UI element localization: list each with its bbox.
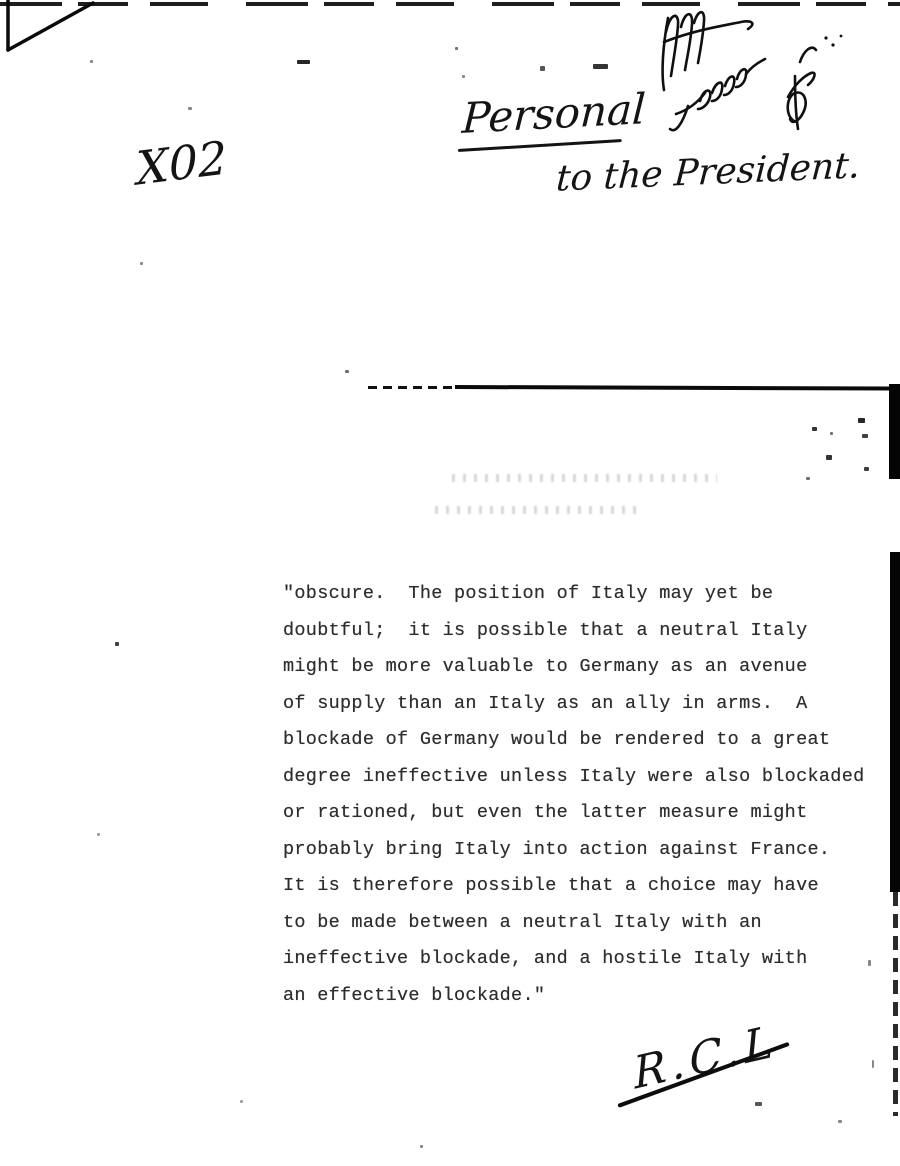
document-page: X02 Personal to the President. "obscure.… [0,0,900,1166]
noise-speck [115,642,119,646]
noise-speck [826,455,832,460]
corner-fold-mark [8,0,93,50]
noise-speck [593,64,608,69]
noise-speck [806,477,810,480]
noise-speck [462,75,465,78]
noise-speck [420,1145,423,1148]
doc-number-handwritten: X02 [135,134,228,191]
noise-speck [455,47,458,50]
noise-speck [90,60,93,63]
noise-speck [345,370,349,373]
ghost-text-row [452,474,717,482]
ghost-text-row [435,506,640,514]
noise-speck [862,434,868,438]
typed-line: "obscure. The position of Italy may yet … [283,576,865,613]
typed-line: to be made between a neutral Italy with … [283,905,865,942]
typed-line: might be more valuable to Germany as an … [283,649,865,686]
noise-speck [188,107,192,110]
heading-personal-handwritten: Personal [461,88,647,140]
typed-line: an effective blockade." [283,978,865,1015]
scan-edge-top [0,2,900,6]
scan-edge-right-lower [890,552,900,892]
typed-line: degree ineffective unless Italy were als… [283,759,865,796]
initials-scribble [788,35,843,129]
noise-speck [140,262,143,265]
noise-speck [838,1120,842,1123]
heading-to-the-president-handwritten: to the President. [555,148,861,197]
typed-line: doubtful; it is possible that a neutral … [283,613,865,650]
noise-speck [240,1100,243,1103]
signature-initials: R.C.L [632,1019,780,1096]
typed-body-text: "obscure. The position of Italy may yet … [283,576,865,1014]
typed-line: ineffective blockade, and a hostile Ital… [283,941,865,978]
scan-edge-right-upper [889,384,900,479]
noise-speck [755,1102,762,1106]
noise-speck [868,960,871,966]
scan-overlap-rule-dashed [368,386,463,389]
noise-speck [540,66,545,71]
typed-line: or rationed, but even the latter measure… [283,795,865,832]
noise-speck [864,467,869,471]
noise-speck [297,60,310,64]
noise-speck [858,418,865,423]
file-private-scribble [663,12,765,130]
typed-line: probably bring Italy into action against… [283,832,865,869]
noise-speck [812,427,817,431]
typed-line: blockade of Germany would be rendered to… [283,722,865,759]
typed-line: of supply than an Italy as an ally in ar… [283,686,865,723]
noise-speck [872,1060,874,1068]
typed-line: It is therefore possible that a choice m… [283,868,865,905]
noise-speck [830,432,833,435]
noise-speck [97,833,100,836]
scan-edge-right-faded [893,892,898,1116]
scan-overlap-rule [455,385,900,391]
